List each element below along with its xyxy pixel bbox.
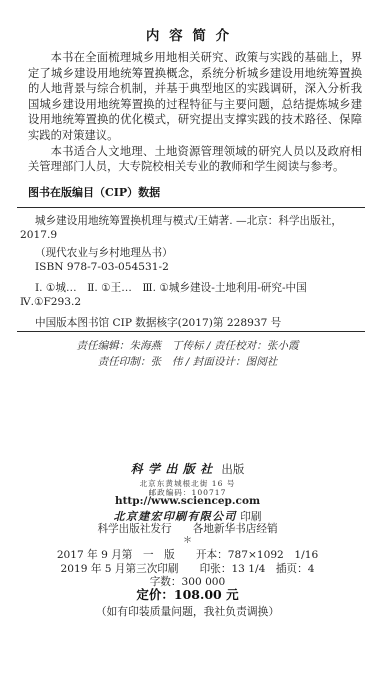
divider-rule-bottom	[17, 331, 365, 332]
cip-title-line: 城乡建设用地统筹置换机理与模式/王婧著. —北京：科学出版社，	[20, 215, 365, 229]
intro-paragraph-1: 本书在全面梳理城乡用地相关研究、政策与实践的基础上，界定了城乡建设用地统筹置换概…	[28, 50, 362, 144]
publisher-suffix: 出版	[221, 462, 244, 476]
cip-data-block: 城乡建设用地统筹置换机理与模式/王婧著. —北京：科学出版社， 2017.9 （…	[20, 215, 365, 331]
cip-class-code-line: Ⅳ.①F293.2	[20, 296, 365, 310]
intro-title: 内容简介	[0, 24, 375, 44]
publisher-logo-text: 科学出版社	[131, 462, 218, 476]
asterisk-separator: ＊	[0, 533, 375, 546]
divider-rule-top	[17, 207, 365, 208]
staff-credits: 责任编辑：朱海燕 丁传标 / 责任校对：张小霞 责任印制：张 伟 / 封面设计：…	[0, 339, 375, 370]
quality-note-line: （如有印装质量问题，我社负责调换）	[0, 604, 375, 619]
staff-editors-line: 责任编辑：朱海燕 丁传标 / 责任校对：张小霞	[0, 339, 375, 355]
publisher-website: http://www.sciencep.com	[0, 495, 375, 507]
cip-heading: 图书在版编目（CIP）数据	[28, 184, 160, 200]
cip-classification-line: Ⅰ. ①城… Ⅱ. ①王… Ⅲ. ①城乡建设-土地利用-研究-中国	[20, 282, 365, 296]
price-line: 定价：108.00 元	[0, 585, 375, 603]
publisher-line: 科学出版社 出版	[0, 460, 375, 477]
edition-line: 2017 年 9 月第 一 版 开本：787×1092 1/16	[0, 547, 375, 562]
cip-series-line: （现代农业与乡村地理丛书）	[20, 247, 365, 261]
cip-isbn-line: ISBN 978-7-03-054531-2	[20, 261, 365, 275]
copyright-page: 内容简介 本书在全面梳理城乡用地相关研究、政策与实践的基础上，界定了城乡建设用地…	[0, 0, 375, 683]
intro-paragraphs: 本书在全面梳理城乡用地相关研究、政策与实践的基础上，界定了城乡建设用地统筹置换概…	[28, 50, 362, 175]
staff-print-design-line: 责任印制：张 伟 / 封面设计：图阅社	[0, 355, 375, 371]
cip-record-number-line: 中国版本图书馆 CIP 数据核字(2017)第 228937 号	[20, 317, 365, 331]
intro-paragraph-2: 本书适合人文地理、土地资源管理领域的研究人员以及政府相关管理部门人员，大专院校相…	[28, 144, 362, 175]
cip-year-line: 2017.9	[20, 229, 365, 243]
